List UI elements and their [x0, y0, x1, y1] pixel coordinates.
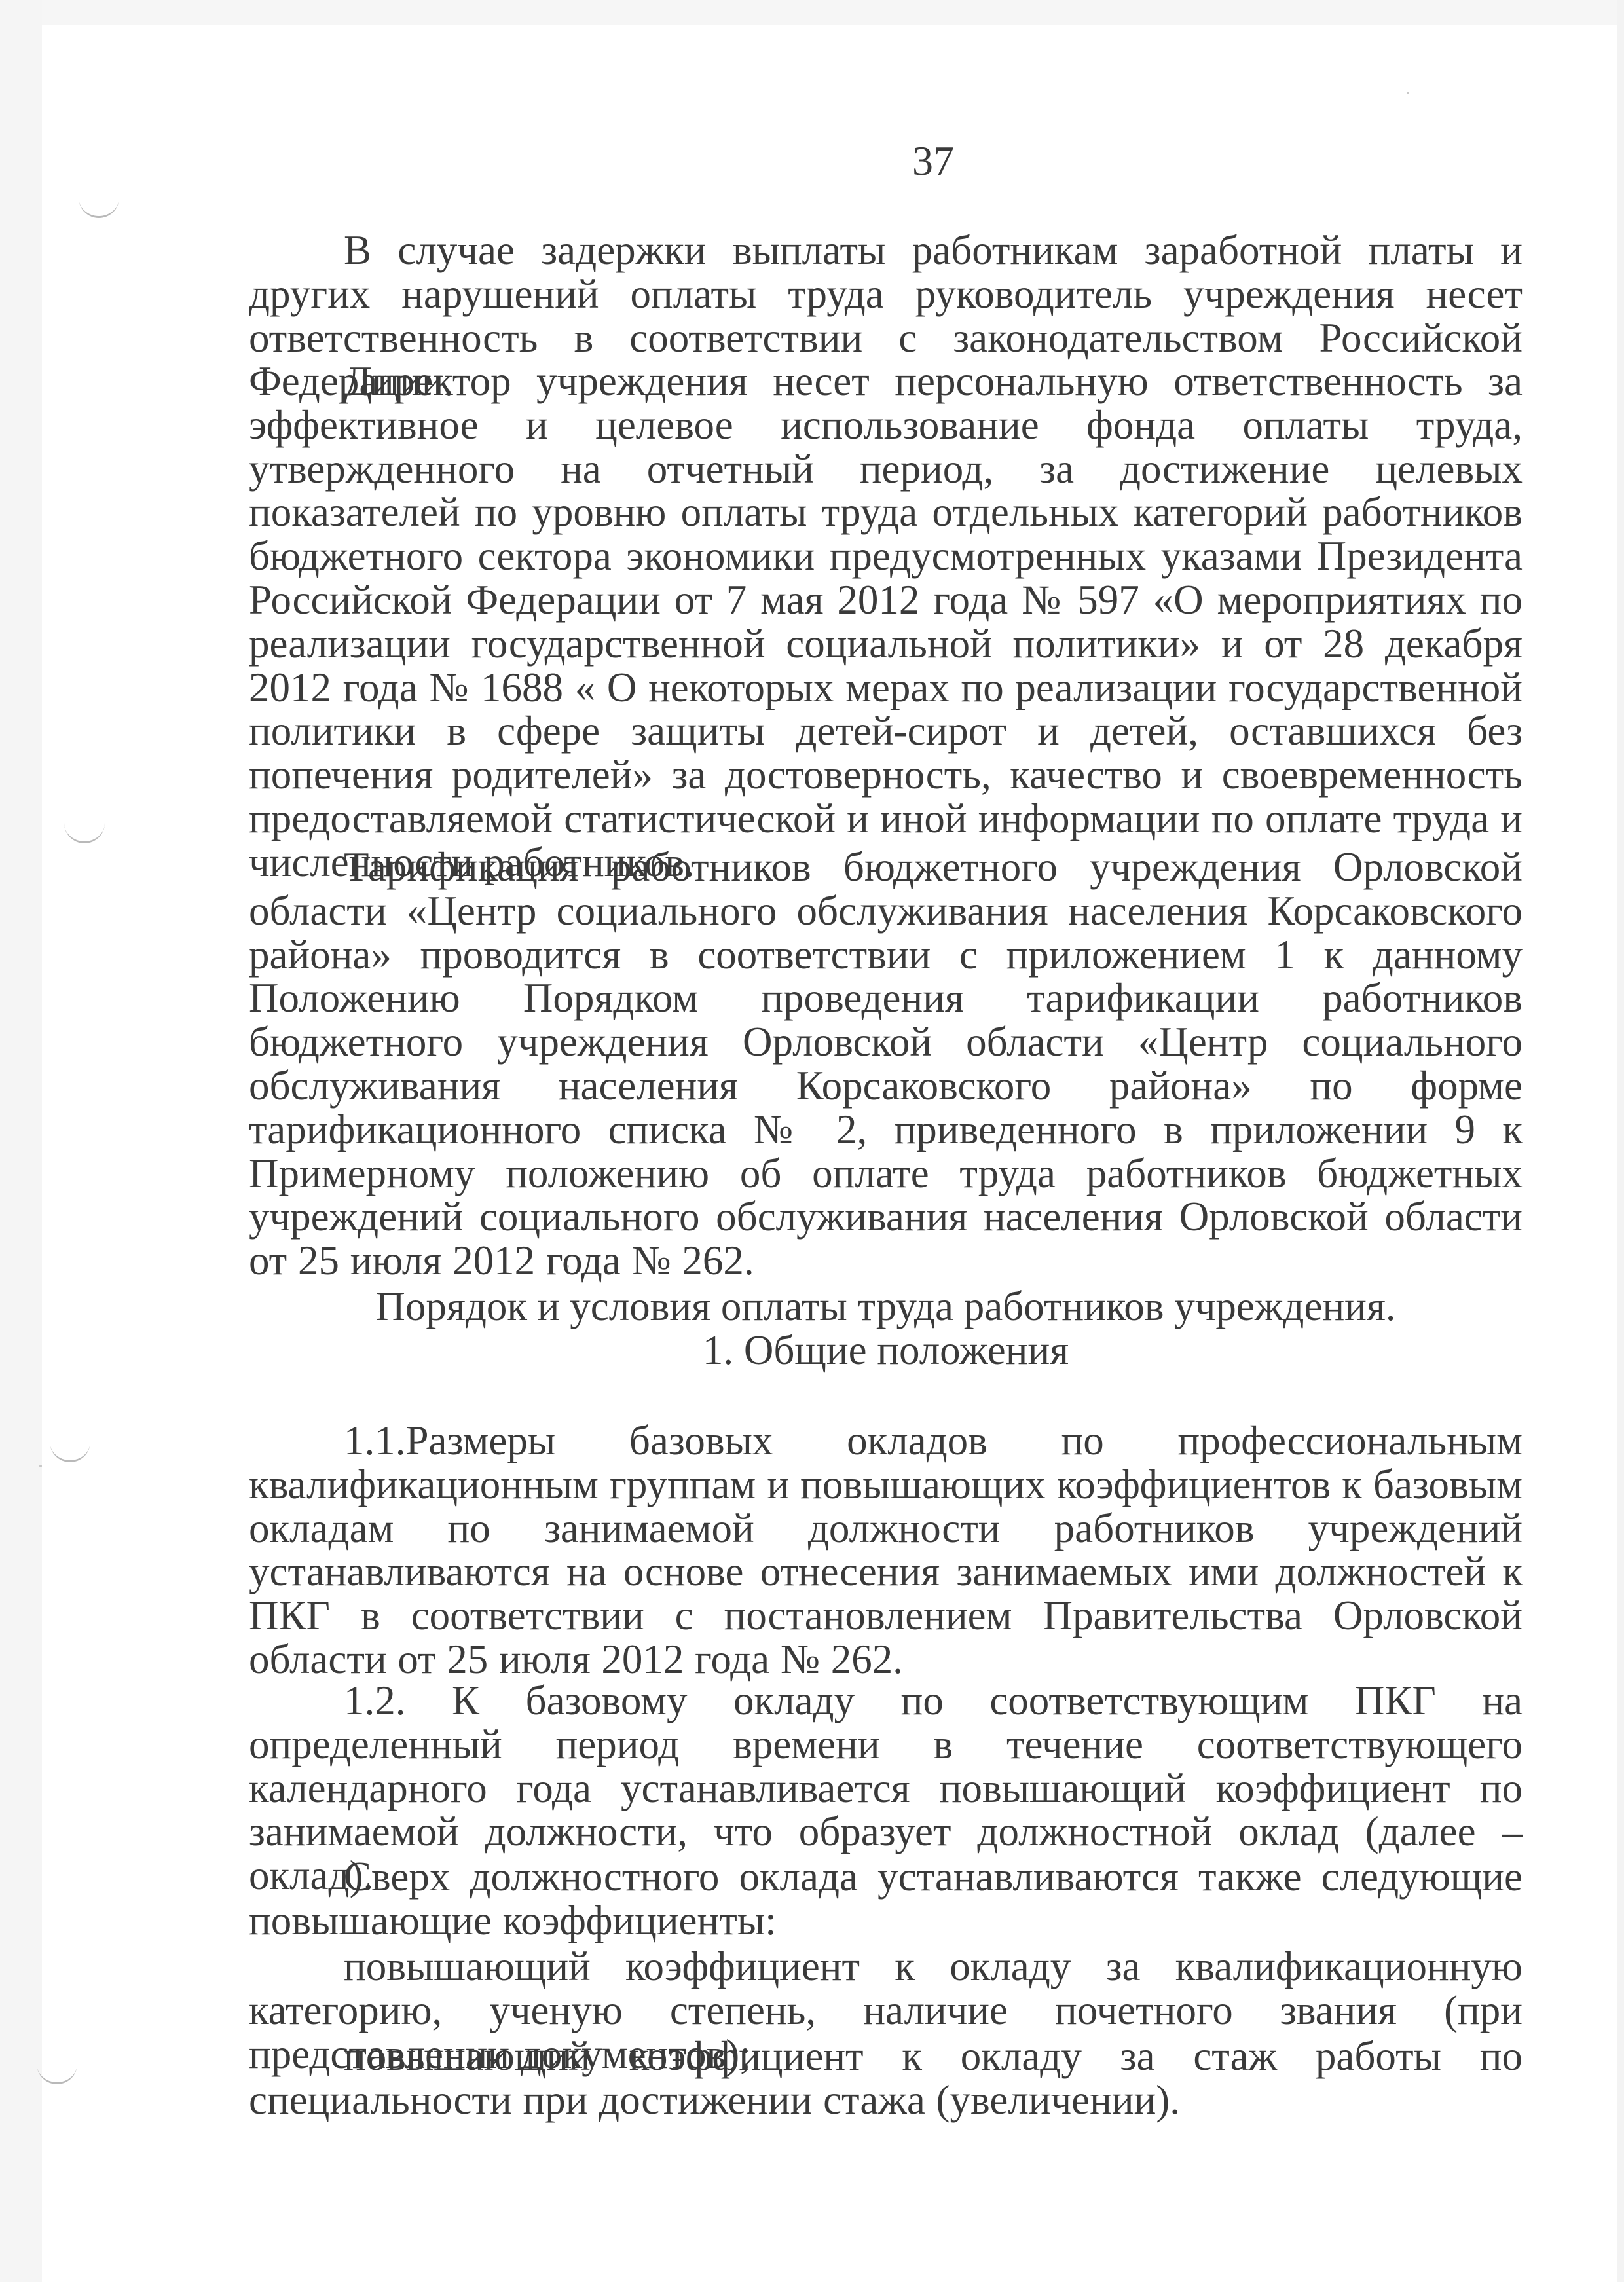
- scan-speck: [1407, 92, 1409, 94]
- punch-hole-mark: [37, 2063, 77, 2084]
- paragraph-additional-coefficients: Сверх должностного оклада устанавливаютс…: [249, 1855, 1522, 1943]
- scan-edge-left: [0, 0, 42, 2282]
- section-title: Порядок и условия оплаты труда работнико…: [249, 1285, 1522, 1329]
- scan-edge-right: [1617, 0, 1624, 2282]
- scan-edge-top: [0, 0, 1624, 25]
- punch-hole-mark: [50, 1441, 90, 1462]
- scan-speck: [39, 1465, 42, 1467]
- paragraph-coefficient-experience: повышающий коэффициент к окладу за стаж …: [249, 2034, 1522, 2122]
- paragraph-director-responsibility: Директор учреждения несет персональную о…: [249, 359, 1522, 885]
- page-number: 37: [904, 139, 963, 183]
- paragraph-tariffication: Тарификация работников бюджетного учрежд…: [249, 845, 1522, 1283]
- section-subtitle: 1. Общие положения: [249, 1329, 1522, 1372]
- paragraph-1-1: 1.1.Размеры базовых окладов по профессио…: [249, 1419, 1522, 1682]
- punch-hole-mark: [64, 822, 105, 843]
- punch-hole-mark: [79, 196, 119, 218]
